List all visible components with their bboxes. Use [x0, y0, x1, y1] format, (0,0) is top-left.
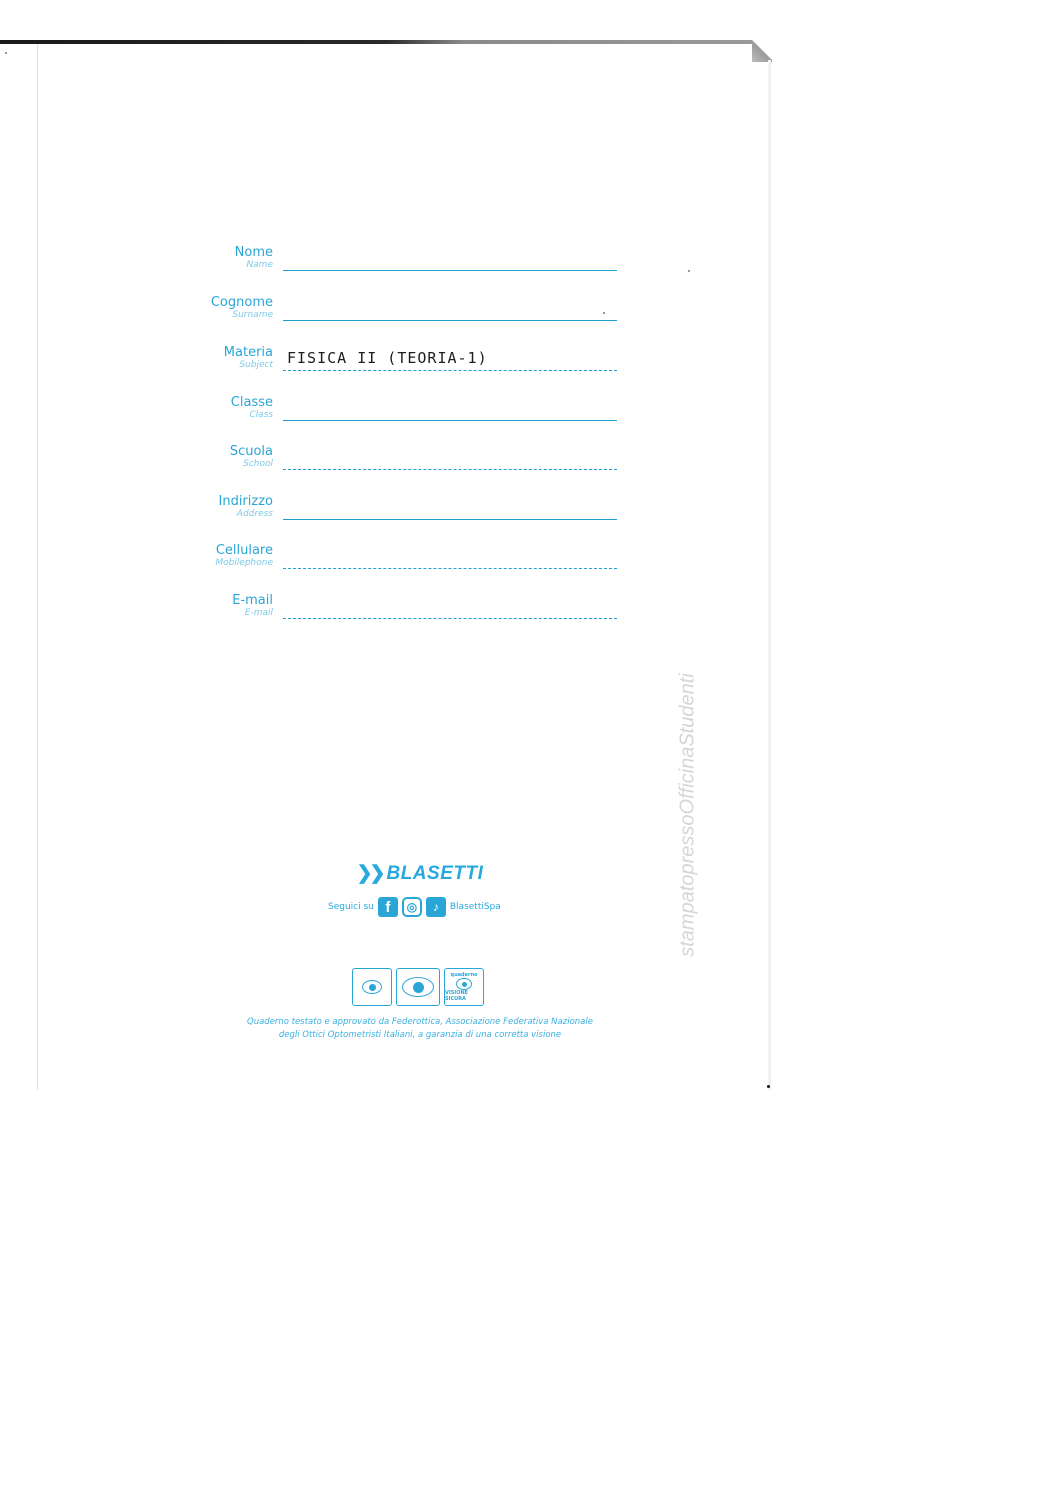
scan-speck — [5, 52, 7, 54]
field-classe[interactable]: Classe Class — [200, 395, 630, 435]
field-sublabel: E-mail — [245, 608, 273, 618]
brand-logo: ❯❯BLASETTI — [340, 862, 500, 885]
field-label: E-mail — [232, 593, 273, 608]
page-right-edge — [768, 60, 771, 1090]
field-sublabel: School — [243, 459, 273, 469]
social-links: Seguici su f ◎ ♪ BlasettiSpa — [328, 896, 501, 918]
federottica-disclaimer: Quaderno testato e approvato da Federott… — [230, 1016, 610, 1042]
federottica-badge — [352, 968, 392, 1006]
scanned-page: Nome Name Cognome Surname Materia Subjec… — [0, 0, 772, 1090]
field-sublabel: Subject — [239, 360, 273, 370]
field-cellulare[interactable]: Cellulare Mobilephone — [200, 543, 630, 583]
field-sublabel: Class — [249, 410, 273, 420]
facebook-icon: f — [378, 897, 398, 917]
scan-speck — [767, 1085, 770, 1088]
tiktok-icon: ♪ — [426, 897, 446, 917]
field-indirizzo[interactable]: Indirizzo Address — [200, 494, 630, 534]
field-label: Nome — [235, 245, 273, 260]
follow-label: Seguici su — [328, 902, 374, 912]
field-label: Materia — [224, 345, 273, 360]
eye-icon — [456, 978, 472, 990]
handwritten-subject: FISICA II (TEORIA-1) — [287, 349, 488, 367]
eye-icon — [402, 977, 434, 997]
eye-badge — [396, 968, 440, 1006]
field-sublabel: Mobilephone — [215, 558, 273, 568]
eye-icon — [362, 980, 382, 994]
disclaimer-line-2: degli Ottici Optometristi Italiani, a ga… — [230, 1029, 610, 1042]
field-line — [283, 320, 617, 321]
certification-badges: quaderno VISIONE SICURA — [352, 968, 484, 1006]
field-email[interactable]: E-mail E-mail — [200, 593, 630, 633]
field-line — [283, 370, 617, 371]
field-sublabel: Name — [246, 260, 273, 270]
field-line — [283, 568, 617, 569]
disclaimer-line-1: Quaderno testato e approvato da Federott… — [230, 1016, 610, 1029]
field-sublabel: Surname — [232, 310, 273, 320]
field-cognome[interactable]: Cognome Surname — [200, 295, 630, 335]
badge-bottom-text: VISIONE SICURA — [445, 990, 483, 1002]
field-scuola[interactable]: Scuola School — [200, 444, 630, 484]
quaderno-visione-sicura-badge: quaderno VISIONE SICURA — [444, 968, 484, 1006]
corner-fold — [752, 40, 772, 62]
field-line — [283, 519, 617, 520]
field-nome[interactable]: Nome Name — [200, 245, 630, 285]
field-label: Cellulare — [216, 543, 273, 558]
field-line — [283, 270, 617, 271]
blasetti-logo: ❯❯BLASETTI — [357, 863, 484, 884]
field-line — [283, 618, 617, 619]
print-watermark: stampatopressoOfficinaStudenti — [677, 673, 700, 957]
field-sublabel: Address — [237, 509, 273, 519]
field-label: Indirizzo — [219, 494, 274, 509]
social-handle: BlasettiSpa — [450, 902, 501, 912]
field-label: Cognome — [211, 295, 273, 310]
field-materia[interactable]: Materia Subject FISICA II (TEORIA-1) — [200, 345, 630, 385]
field-line — [283, 469, 617, 470]
margin-line — [37, 44, 38, 1090]
field-label: Classe — [231, 395, 273, 410]
page-top-edge — [0, 40, 772, 44]
field-line — [283, 420, 617, 421]
chevrons-icon: ❯❯ — [357, 863, 383, 884]
field-label: Scuola — [230, 444, 273, 459]
brand-name: BLASETTI — [386, 863, 483, 884]
instagram-icon: ◎ — [402, 897, 422, 917]
scan-speck — [688, 270, 690, 272]
